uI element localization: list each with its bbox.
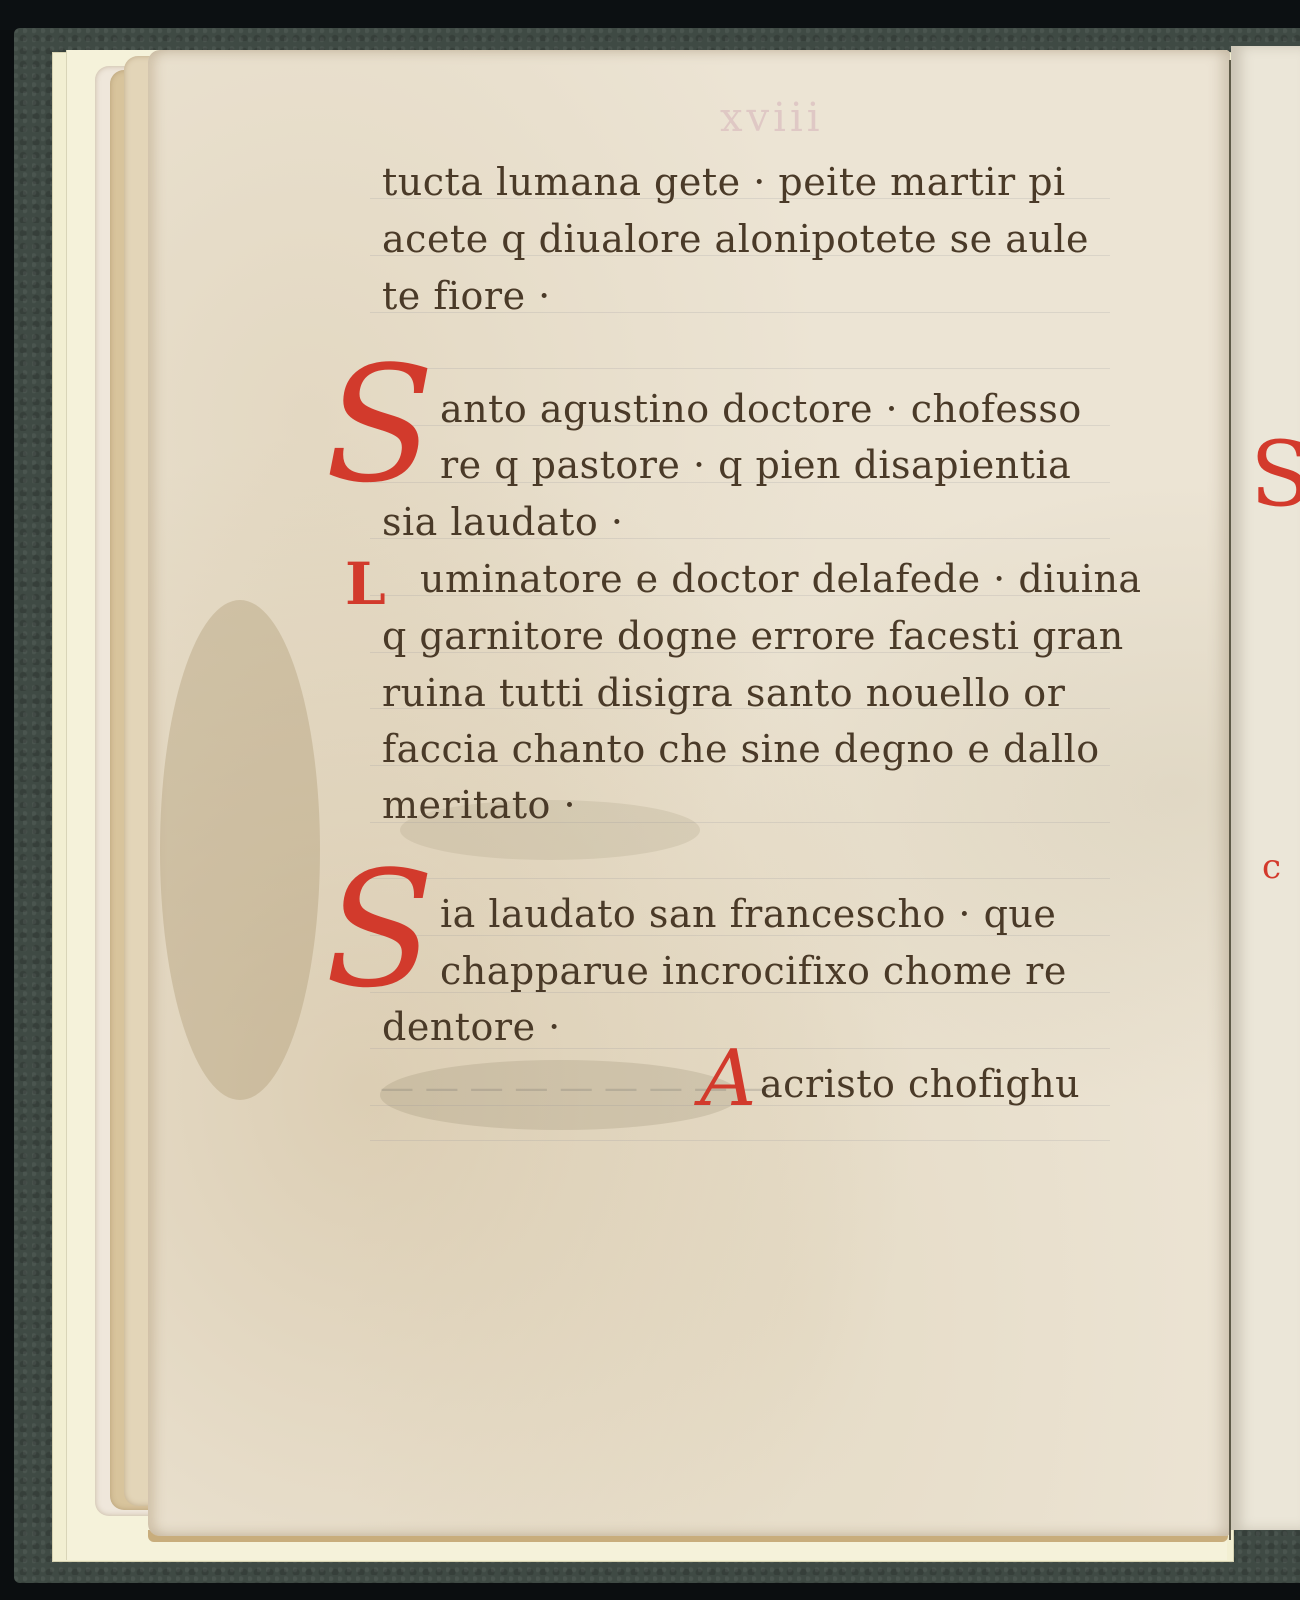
text-line-11: meritato · [382, 786, 576, 824]
rubric-initial-s: S [325, 850, 435, 1010]
text-line-13: chapparue incrocifixo chome re [440, 952, 1067, 990]
text-line-15: acristo chofighu [760, 1065, 1080, 1103]
text-line-5: re q pastore · q pien disapientia [440, 446, 1071, 484]
rubric-initial-l: L [345, 555, 386, 613]
rubric-initial-a: A [700, 1040, 756, 1118]
background-dark [0, 0, 1300, 30]
text-line-7: uminatore e doctor delafede · diuina [420, 560, 1142, 598]
ruling-line [370, 1140, 1110, 1141]
facing-page [1231, 46, 1300, 1530]
rubric-initial-s: S [325, 345, 435, 505]
text-line-10: faccia chanto che sine degno e dallo [382, 730, 1100, 768]
text-line-2: acete q diualore alonipotete se aule [382, 220, 1089, 258]
text-line-12: ia laudato san francescho · que [440, 895, 1056, 933]
text-line-6: sia laudato · [382, 503, 623, 541]
text-line-8: q garnitore dogne errore facesti gran [382, 617, 1124, 655]
ruling-line [370, 878, 1110, 879]
text-line-14: dentore · [382, 1008, 561, 1046]
text-line-9: ruina tutti disigra santo nouello or [382, 674, 1065, 712]
stain [160, 600, 320, 1100]
folio-number-showthrough: xviii [720, 95, 824, 141]
facing-page-initial: c [1262, 850, 1281, 884]
ruling-line [370, 368, 1110, 369]
text-line-3: te fiore · [382, 277, 551, 315]
facing-page-initial: S [1250, 430, 1300, 520]
text-line-4: anto agustino doctore · chofesso [440, 390, 1082, 428]
text-line-1: tucta lumana gete · peite martir pi [382, 163, 1066, 201]
